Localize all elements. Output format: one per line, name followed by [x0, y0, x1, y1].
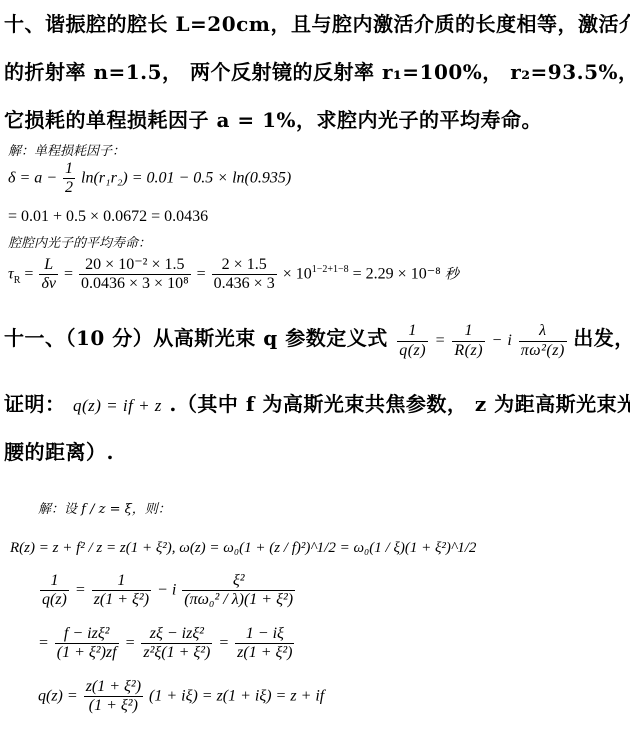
problem-11-line-3: 腰的距离）. — [4, 436, 114, 465]
solution-11-label: 解：设 f / z = ξ，则： — [38, 498, 171, 517]
equation-lifetime: τR = L δv = 20 × 10⁻² × 1.5 0.0436 × 3 ×… — [8, 256, 459, 294]
equation-q-result: q(z) = z(1 + ξ²) (1 + ξ²) (1 + iξ) = z(1… — [38, 678, 324, 716]
problem-11-line-2: 证明： q(z) = if + z .（其中 f 为高斯光束共焦参数， z 为距… — [4, 388, 630, 417]
fraction-l-over-dv: L δv — [39, 256, 58, 294]
eq-lhs: δ = a − — [8, 170, 57, 187]
equation-loss-factor: δ = a − 1 2 ln(r₁r₂) = 0.01 − 0.5 × ln(0… — [8, 160, 291, 198]
problem-11-line-1: 十一、（10 分）从高斯光束 q 参数定义式 1 q(z) = 1 R(z) −… — [4, 322, 630, 360]
equation-simplify: = f − izξ² (1 + ξ²)zf = zξ − izξ² z²ξ(1 … — [38, 625, 296, 663]
equation-inverse-q: 1 q(z) = 1 z(1 + ξ²) − i ξ² (πω₀² / λ)(1… — [38, 572, 297, 610]
fraction-half: 1 2 — [63, 160, 75, 198]
equation-r-and-omega: R(z) = z + f² / z = z(1 + ξ²), ω(z) = ω₀… — [10, 540, 476, 557]
fraction-numeric-1: 20 × 10⁻² × 1.5 0.0436 × 3 × 10⁸ — [79, 256, 191, 294]
equation-loss-result: = 0.01 + 0.5 × 0.0672 = 0.0436 — [8, 208, 208, 226]
q-parameter-definition: 1 q(z) = 1 R(z) − i λ πω²(z) — [395, 332, 573, 349]
problem-10-line-3: 它损耗的单程损耗因子 a = 1%，求腔内光子的平均寿命。 — [4, 104, 542, 133]
problem-10-line-1: 十、谐振腔的腔长 L=20cm，且与腔内激活介质的长度相等，激活介质 — [4, 8, 630, 37]
fraction-numeric-2: 2 × 1.5 0.436 × 3 — [212, 256, 277, 294]
unit-seconds: 秒 — [445, 268, 459, 283]
problem-10-line-2: 的折射率 n=1.5， 两个反射镜的反射率 r₁=100%， r₂=93.5%，… — [4, 56, 630, 85]
eq-rhs: ln(r₁r₂) = 0.01 − 0.5 × ln(0.935) — [81, 170, 291, 187]
lifetime-label: 腔腔内光子的平均寿命： — [8, 232, 151, 251]
claim-equation: q(z) = if + z — [73, 396, 162, 415]
solution-10-label: 解：单程损耗因子： — [8, 140, 125, 159]
